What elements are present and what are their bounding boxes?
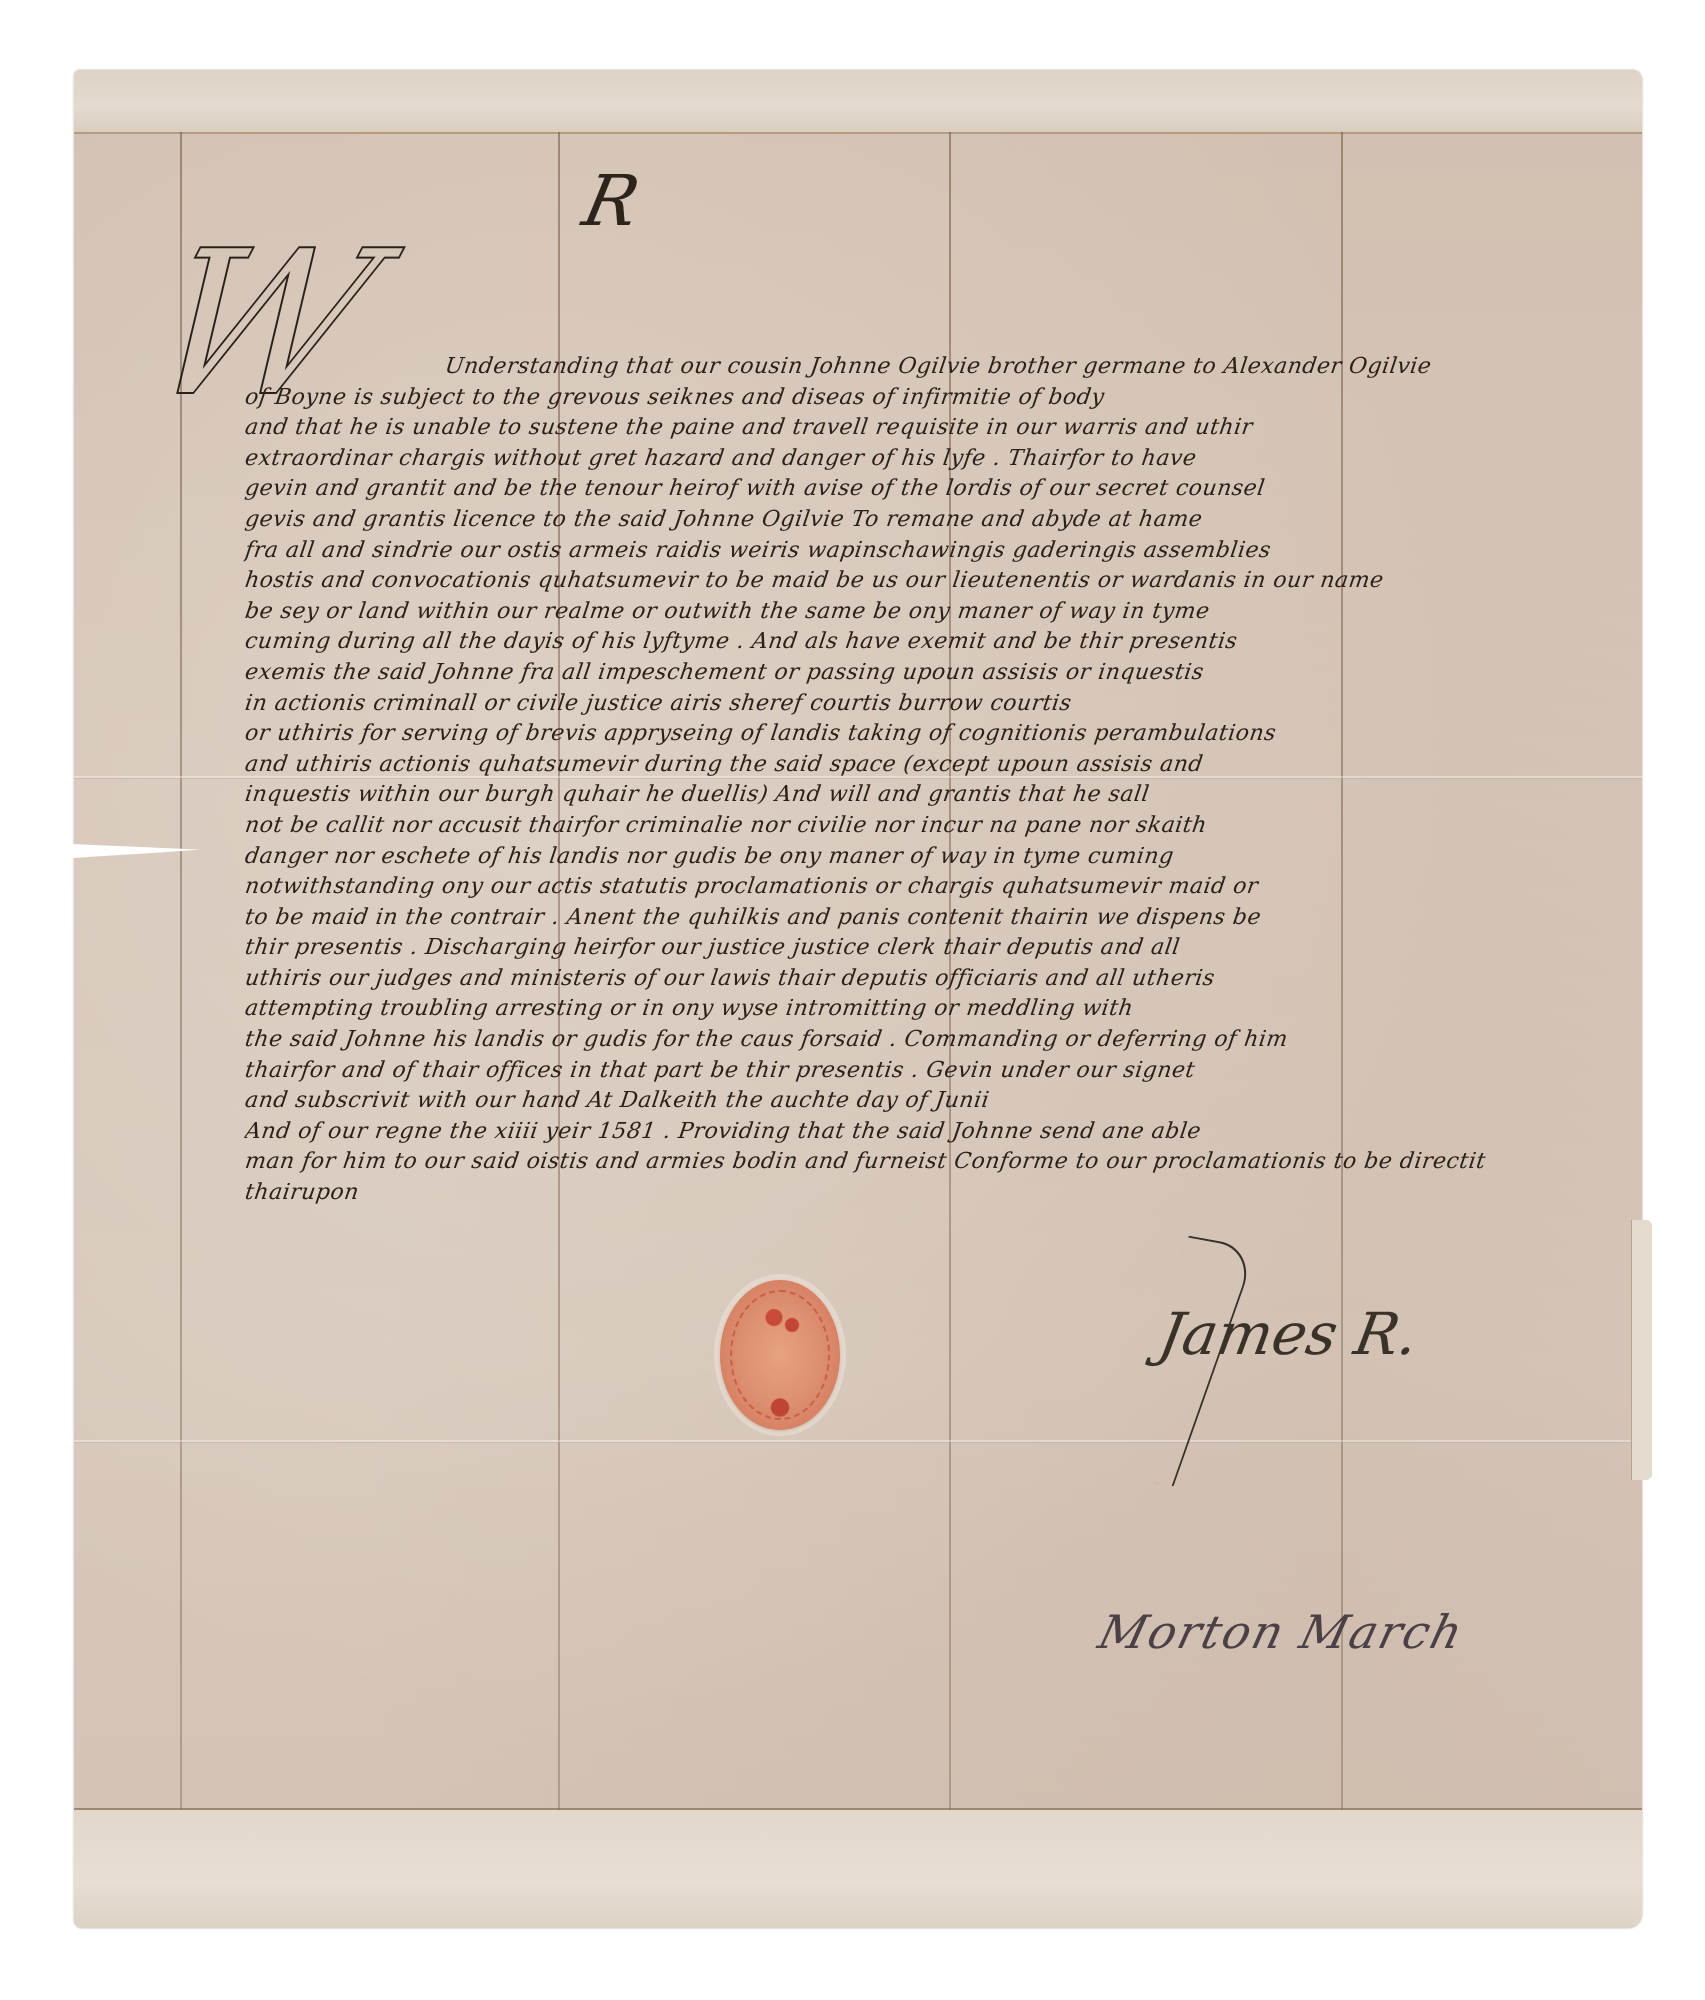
text-line: thairupon (243, 1178, 1632, 1209)
text-line: to be maid in the contrair . Anent the q… (243, 903, 1632, 934)
text-line: fra all and sindrie our ostis armeis rai… (243, 536, 1632, 567)
text-line: gevin and grantit and be the tenour heir… (243, 474, 1632, 505)
royal-signature: James R. (1154, 1300, 1423, 1368)
text-line: or uthiris for serving of brevis appryse… (243, 719, 1632, 750)
letter-body: Understanding that our cousin Johnne Ogi… (245, 352, 1630, 1209)
top-paper-strip (74, 70, 1642, 134)
text-line: hostis and convocationis quhatsumevir to… (243, 566, 1632, 597)
seal-impression-ring (730, 1290, 830, 1420)
text-line: and uthiris actionis quhatsumevir during… (243, 750, 1632, 781)
text-line: danger nor eschete of his landis nor gud… (243, 842, 1632, 873)
fold-line (74, 1440, 1642, 1443)
paper-edge-flap (1631, 1220, 1652, 1480)
text-line: notwithstanding ony our actis statutis p… (243, 872, 1632, 903)
text-line: the said Johnne his landis or gudis for … (243, 1025, 1632, 1056)
text-line: attempting troubling arresting or in ony… (243, 994, 1632, 1025)
text-line: and that he is unable to sustene the pai… (243, 413, 1632, 444)
text-line: of Boyne is subject to the grevous seikn… (243, 383, 1632, 414)
wax-seal (720, 1280, 840, 1430)
text-line: inquestis within our burgh quhair he due… (243, 780, 1632, 811)
text-line: extraordinar chargis without gret hazard… (243, 444, 1632, 475)
text-line: uthiris our judges and ministeris of our… (243, 964, 1632, 995)
text-line: And of our regne the xiiii yeir 1581 . P… (243, 1117, 1632, 1148)
countersignature: Morton March (1093, 1605, 1470, 1659)
text-line: and subscrivit with our hand At Dalkeith… (243, 1086, 1632, 1117)
text-line: thir presentis . Discharging heirfor our… (243, 933, 1632, 964)
text-line: be sey or land within our realme or outw… (243, 597, 1632, 628)
bottom-paper-strip (74, 1808, 1642, 1928)
text-line: gevis and grantis licence to the said Jo… (243, 505, 1632, 536)
text-line: in actionis criminall or civile justice … (243, 689, 1632, 720)
text-line: man for him to our said oistis and armie… (243, 1147, 1632, 1178)
text-line: not be callit nor accusit thairfor crimi… (243, 811, 1632, 842)
text-line: exemis the said Johnne fra all impeschem… (243, 658, 1632, 689)
text-line: thairfor and of thair offices in that pa… (243, 1056, 1632, 1087)
text-line: cuming during all the dayis of his lyfty… (243, 627, 1632, 658)
text-line: Understanding that our cousin Johnne Ogi… (243, 352, 1632, 383)
